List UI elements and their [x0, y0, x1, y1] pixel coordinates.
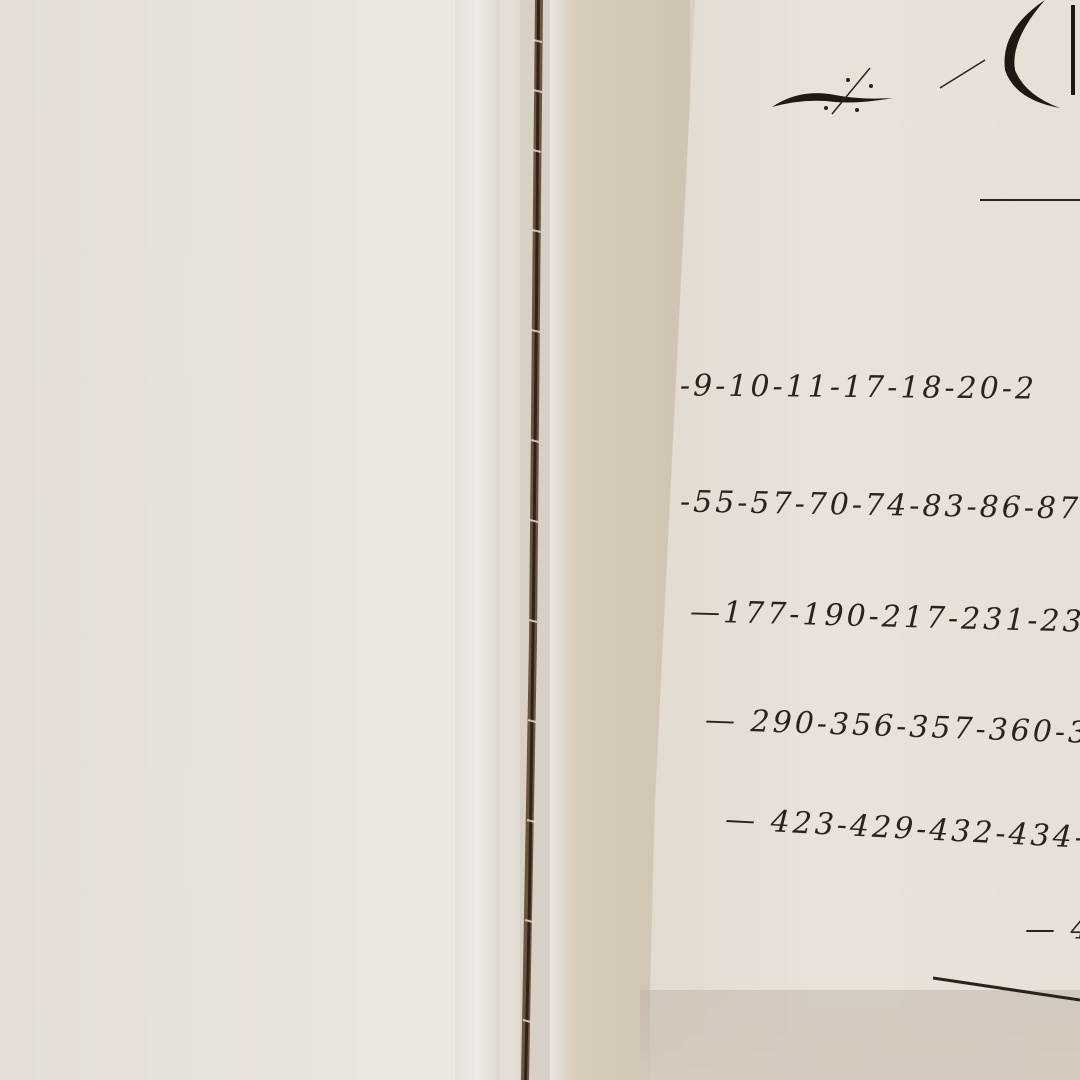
- page-ornaments: [0, 0, 1080, 1080]
- index-row-6: — 4: [1025, 912, 1080, 947]
- index-row-2: -55-57-70-74-83-86-87: [680, 485, 1080, 527]
- index-row-1: -9-10-11-17-18-20-2: [680, 368, 1037, 406]
